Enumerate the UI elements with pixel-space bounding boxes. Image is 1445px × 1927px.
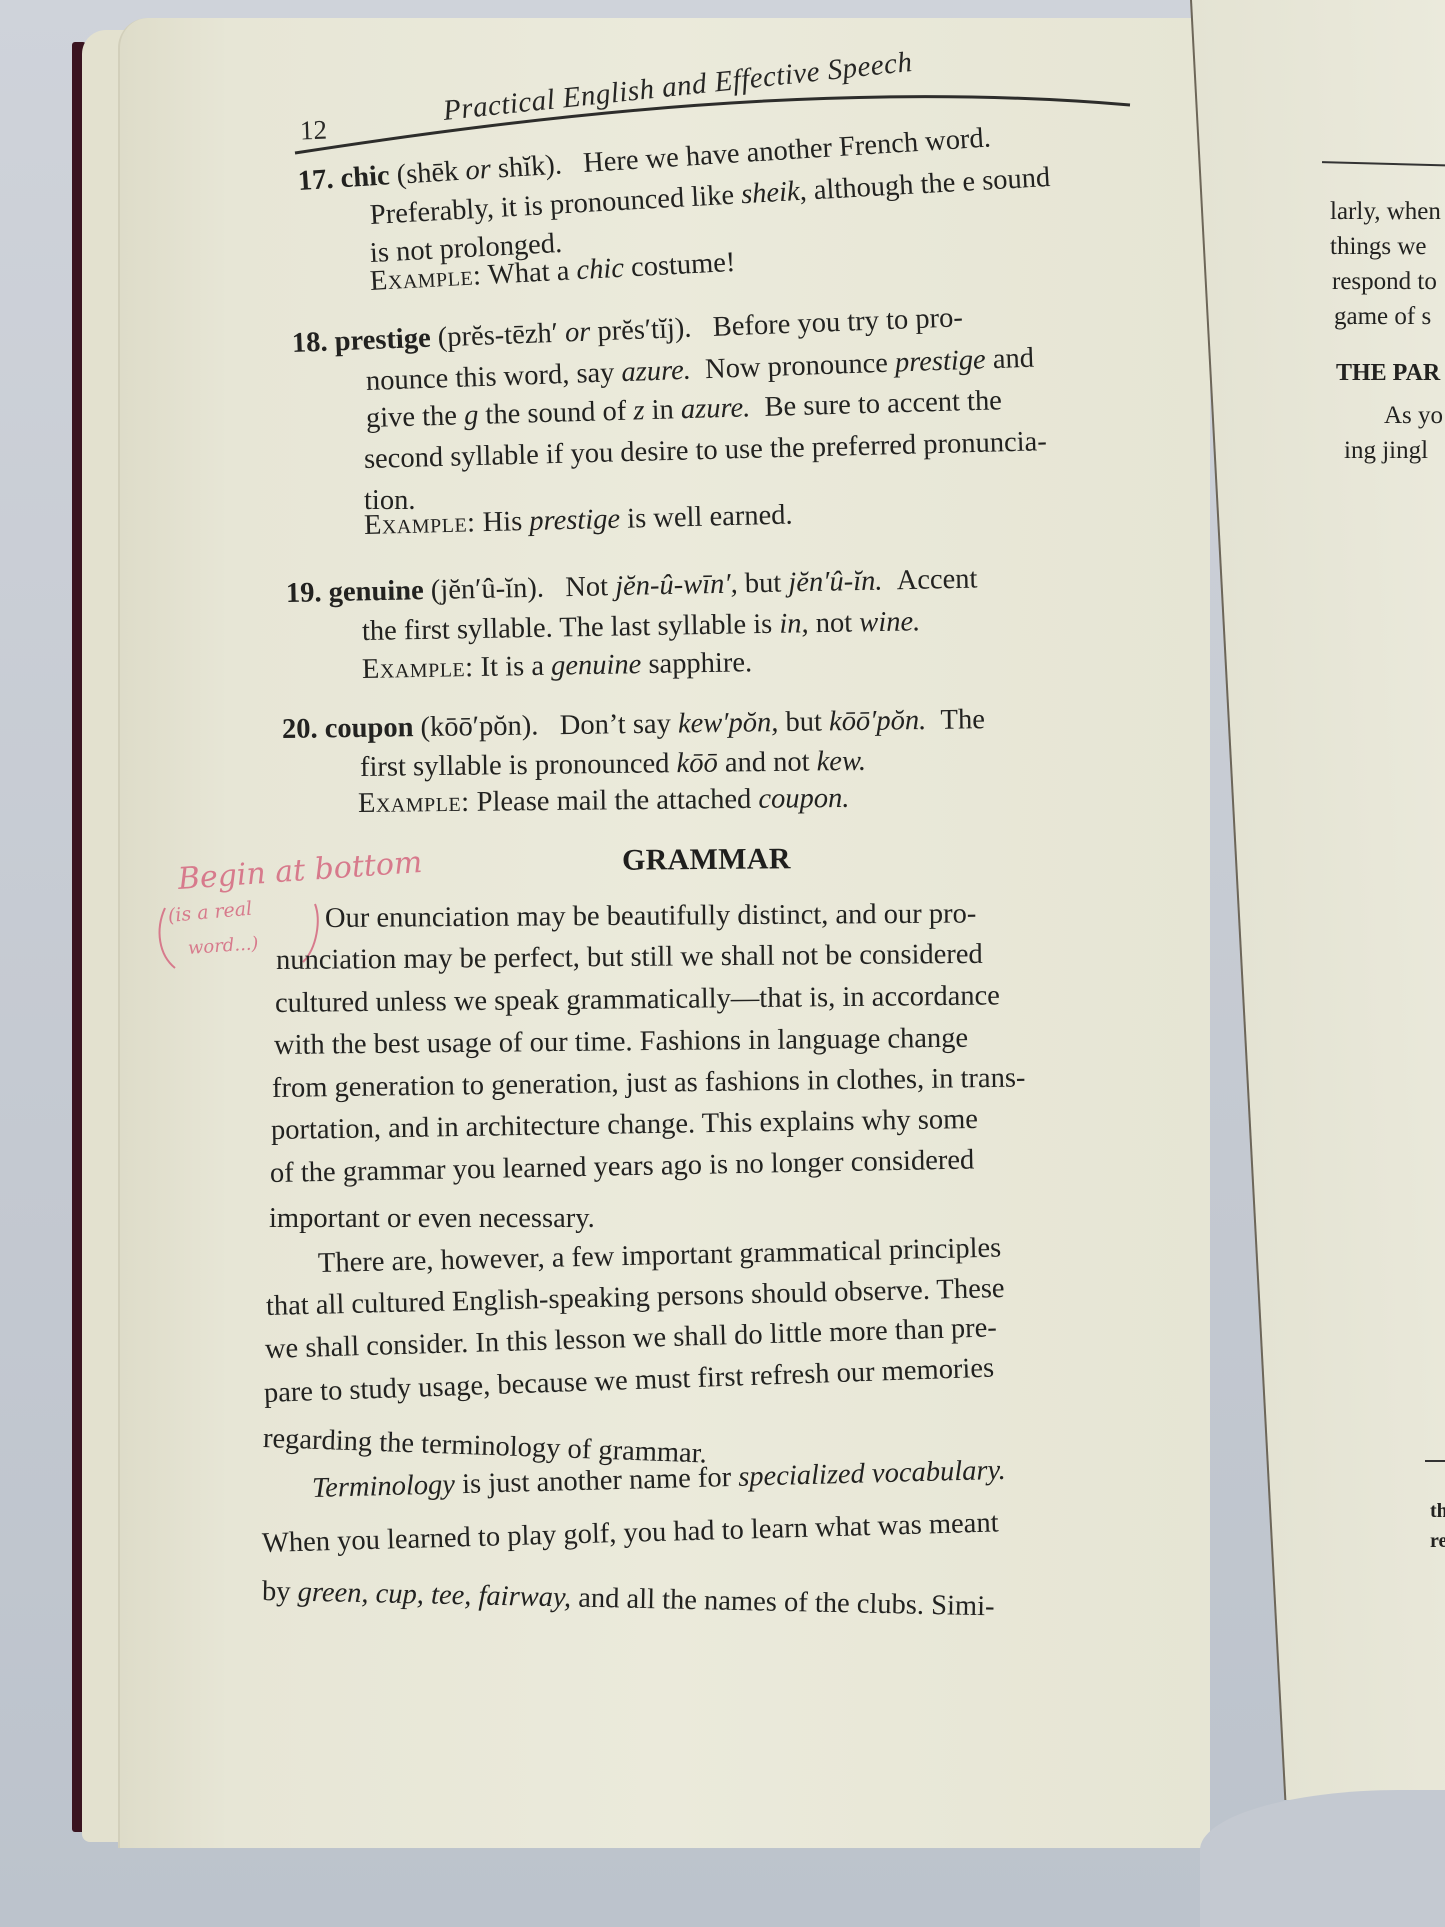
example-italic: prestige [529, 504, 620, 537]
pronunciation: (shēk [396, 156, 460, 191]
entry-word: chic [340, 160, 391, 194]
entry-text: Not [565, 571, 608, 603]
entry-text-italic: kew. [816, 746, 866, 778]
right-page-line: things we [1330, 233, 1427, 261]
example-text: His [482, 506, 522, 538]
entry-number: 17. [297, 164, 335, 197]
paragraph-1-line: important or even necessary. [269, 1205, 595, 1234]
page-number: 12 [299, 115, 327, 147]
pronunciation-or: or [564, 317, 591, 349]
entry-text-italic: jĕn-û-wīn′, [615, 569, 738, 603]
example-italic: genuine [551, 649, 642, 682]
paragraph-1-line: nunciation may be perfect, but still we … [276, 941, 983, 976]
right-page-line: respond to [1332, 268, 1437, 296]
entry-text: Don’t say [560, 709, 672, 742]
entry-text: Now pronounce [705, 348, 889, 385]
entry-text-italic: jĕn′û-ĭn. [788, 566, 883, 599]
entry-20-line-2: first syllable is pronounced kōō and not… [360, 748, 866, 783]
entry-word: genuine [328, 575, 424, 608]
entry-text: Be sure to accent the [764, 385, 1002, 423]
entry-text: but [745, 568, 782, 600]
paragraph-text-italic: Terminology [312, 1469, 456, 1504]
right-page-line: ing jingl [1344, 437, 1428, 465]
entry-text: The [940, 704, 985, 736]
paragraph-text: by [262, 1576, 291, 1608]
example-italic: chic [576, 253, 625, 286]
entry-text-italic: kōō′pŏn. [829, 705, 927, 737]
section-heading: GRAMMAR [622, 842, 791, 877]
entry-text-italic: g [464, 400, 479, 431]
example-text: What a [487, 256, 570, 291]
example-label: Example: [358, 787, 470, 819]
right-page-content: larly, when things we respond to game of… [1292, 0, 1445, 1800]
example-label: Example: [362, 652, 474, 685]
entry-text: not [815, 607, 852, 639]
right-page-line: game of s [1334, 303, 1431, 331]
right-page-heading-fragment: THE PAR [1336, 360, 1440, 387]
paragraph-text-italic: green, cup, tee, fairway, [297, 1577, 571, 1614]
example-text: Please mail the attached [477, 784, 752, 818]
right-page-head-rule [1322, 161, 1445, 167]
entry-text-italic: azure. [680, 392, 750, 425]
pronunciation: shĭk). [497, 149, 563, 184]
entry-text-italic: sheik [740, 176, 800, 210]
entry-number: 19. [286, 577, 322, 609]
pronunciation-or: or [464, 154, 491, 187]
entry-word: prestige [334, 323, 431, 358]
entry-text-italic: kew′pŏn, [678, 707, 779, 739]
entry-text: and [992, 343, 1034, 375]
entry-text-italic: kōō [676, 748, 718, 780]
example-text: sapphire. [648, 647, 752, 680]
example-text: It is a [480, 651, 544, 683]
entry-text: in [651, 394, 674, 426]
entry-text-italic: in, [779, 608, 809, 640]
right-page-fragment: th [1430, 1500, 1445, 1523]
paragraph-1-line: Our enunciation may be beautifully disti… [325, 900, 977, 933]
right-page-line: larly, when [1330, 198, 1441, 226]
entry-text: but [785, 706, 822, 738]
entry-text: give the [366, 400, 458, 434]
pronunciation: (jĕn′û-ĭn). [431, 573, 545, 606]
entry-number: 18. [291, 327, 328, 359]
example-text: costume! [630, 247, 736, 283]
right-page-fragment: re [1430, 1530, 1445, 1553]
pronunciation: prĕs′tĭj). [597, 313, 692, 348]
entry-text-italic: wine. [859, 606, 920, 638]
entry-text-italic: z [633, 395, 645, 426]
example-label: Example: [369, 260, 482, 297]
entry-word: coupon [325, 712, 414, 744]
example-text: is well earned. [627, 500, 793, 535]
entry-text: first syllable is pronounced [360, 748, 670, 783]
entry-text: the sound of [485, 396, 627, 431]
example-label: Example: [364, 507, 476, 541]
entry-text: Accent [896, 564, 977, 597]
pronunciation: (kōō′pŏn). [420, 710, 538, 743]
example-italic: coupon. [758, 783, 849, 815]
entry-text-italic: azure. [621, 355, 691, 388]
entry-text: and not [725, 747, 810, 779]
right-page-line: As yo [1384, 402, 1443, 430]
right-page-rule-bottom [1425, 1460, 1445, 1462]
entry-19-example: Example: It is a genuine sapphire. [362, 649, 753, 684]
entry-number: 20. [282, 714, 318, 745]
entry-text-italic: prestige [894, 344, 986, 378]
pronunciation: (prĕs-tēzh′ [437, 318, 558, 354]
entry-20-example: Example: Please mail the attached coupon… [358, 785, 850, 819]
